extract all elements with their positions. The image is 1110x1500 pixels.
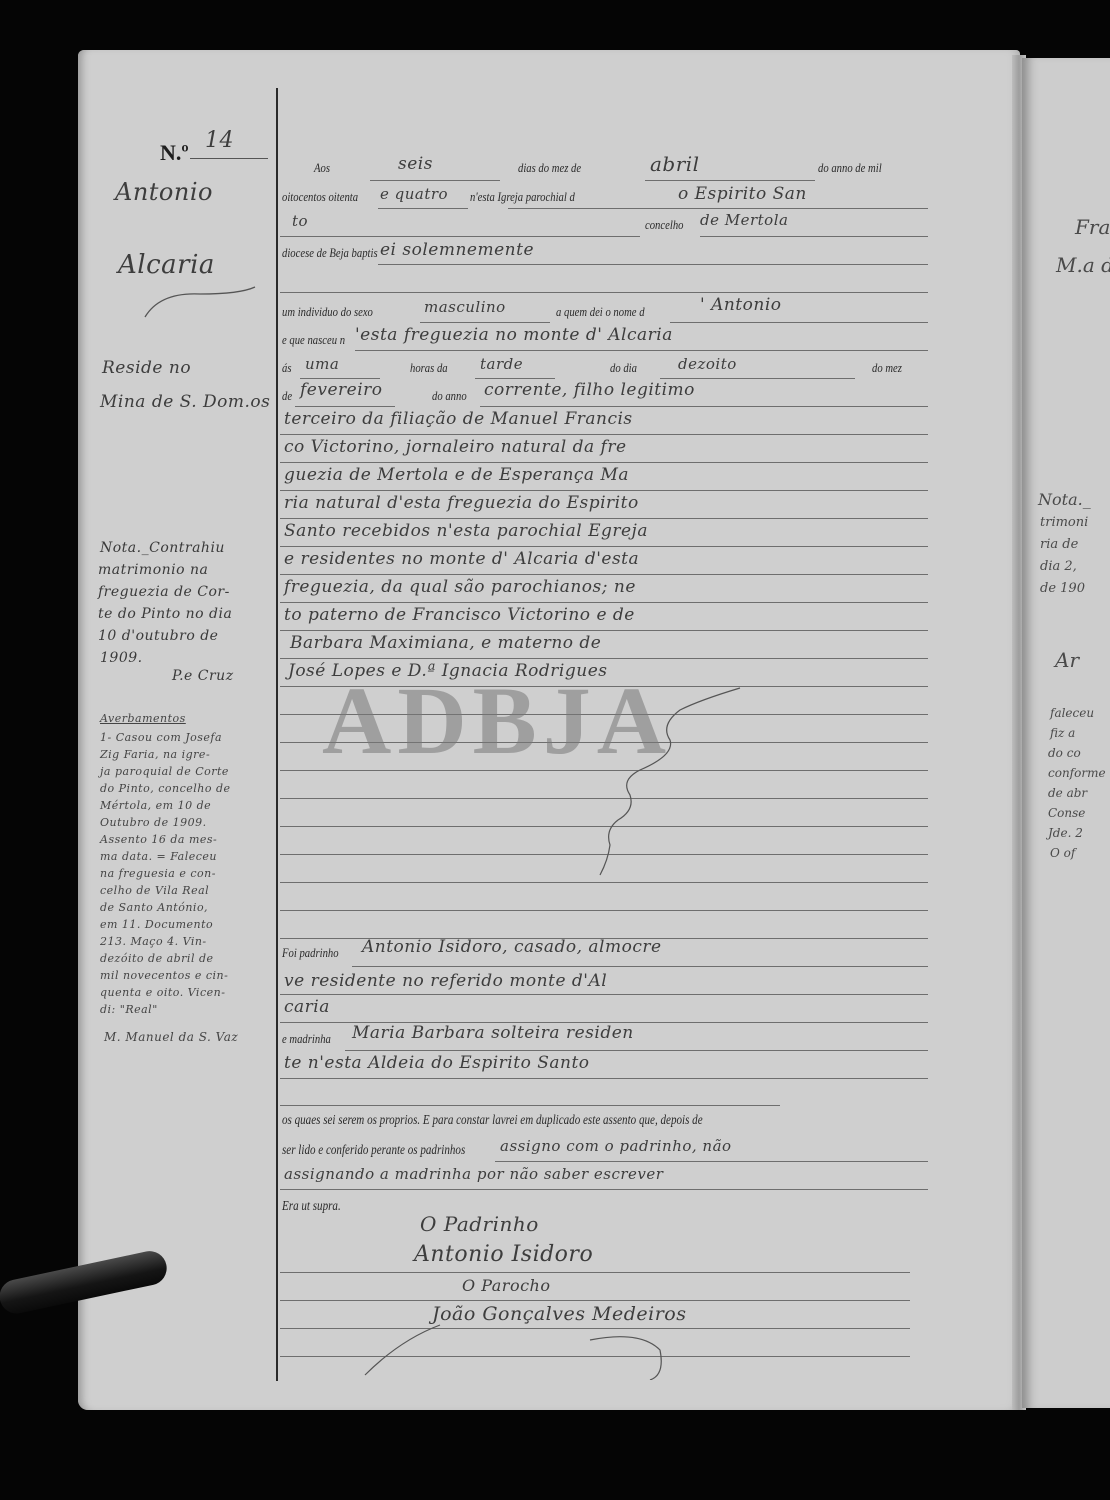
birthplace-value: 'esta freguezia no monte d' Alcaria <box>355 325 673 345</box>
day-value: seis <box>398 154 433 174</box>
record-number-label: N.º <box>160 140 189 166</box>
godmother-value: Maria Barbara solteira residen <box>352 1023 634 1043</box>
child-name-value: ' Antonio <box>700 295 782 315</box>
godfather-value: caria <box>284 997 330 1017</box>
filiation-line: Barbara Maximiana, e materno de <box>290 633 601 653</box>
godfather-value: ve residente no referido monte d'Al <box>284 971 607 991</box>
signing-note: assigno com o padrinho, não <box>500 1137 732 1155</box>
filiation-line: to paterno de Francisco Victorino e de <box>284 605 635 625</box>
padrinho-signature: Antonio Isidoro <box>414 1242 593 1267</box>
godmother-label: e madrinha <box>282 1031 331 1047</box>
birth-hour-value: uma <box>305 355 339 373</box>
filiation-line: co Victorino, jornaleiro natural da fre <box>284 437 627 457</box>
godfather-value: Antonio Isidoro, casado, almocre <box>362 937 662 957</box>
sex-value: masculino <box>424 298 506 316</box>
filiation-line: terceiro da filiação de Manuel Francis <box>284 409 633 429</box>
signing-note: assignando a madrinha por não saber escr… <box>284 1165 663 1183</box>
margin-name-first: Antonio <box>115 178 213 206</box>
note-signature: P.e Cruz <box>172 668 234 684</box>
baptism-manner-value: ei solemnemente <box>380 240 534 260</box>
closing-text: ser lido e conferido perante os padrinho… <box>282 1142 465 1158</box>
godfather-label: Foi padrinho <box>282 945 339 961</box>
averbamentos-title: Averbamentos <box>100 712 186 725</box>
record-number: 14 <box>205 128 234 153</box>
council-value: de Mertola <box>700 211 788 229</box>
month-value: abril <box>650 152 700 176</box>
filiation-line: ria natural d'esta freguezia do Espirito <box>284 493 639 513</box>
averbamentos-signature: M. Manuel da S. Vaz <box>104 1030 238 1044</box>
parocho-label: O Parocho <box>462 1276 550 1295</box>
margin-name-place: Alcaria <box>118 250 215 280</box>
margin-divider <box>276 88 278 1381</box>
filiation-line: guezia de Mertola e de Esperança Ma <box>284 465 629 485</box>
signature-flourish-icon <box>360 1320 760 1380</box>
year-value: e quatro <box>380 185 448 203</box>
line-filler-stroke-icon <box>500 680 800 880</box>
period-value: tarde <box>480 355 523 373</box>
filiation-line: e residentes no monte d' Alcaria d'esta <box>284 549 639 569</box>
birth-year-value: corrente, filho legitimo <box>484 380 695 400</box>
margin-residence-1: Reside no <box>102 358 191 378</box>
margin-residence-2: Mina de S. Dom.os <box>100 392 270 412</box>
godmother-value: te n'esta Aldeia do Espirito Santo <box>284 1053 590 1073</box>
filiation-line: freguezia, da qual são parochianos; ne <box>284 577 636 597</box>
filiation-line: José Lopes e D.ª Ignacia Rodrigues <box>288 661 607 681</box>
closing-text: os quaes sei serem os proprios. E para c… <box>282 1112 703 1128</box>
record-number-underline <box>190 158 268 159</box>
filiation-line: Santo recebidos n'esta parochial Egreja <box>284 521 648 541</box>
parish-value: o Espirito San <box>678 184 807 204</box>
padrinho-label: O Padrinho <box>420 1212 539 1236</box>
birth-day-value: dezoito <box>678 355 737 373</box>
era-ut-supra: Era ut supra. <box>282 1198 341 1214</box>
birth-month-value: fevereiro <box>300 380 383 400</box>
flourish-icon <box>140 282 260 322</box>
